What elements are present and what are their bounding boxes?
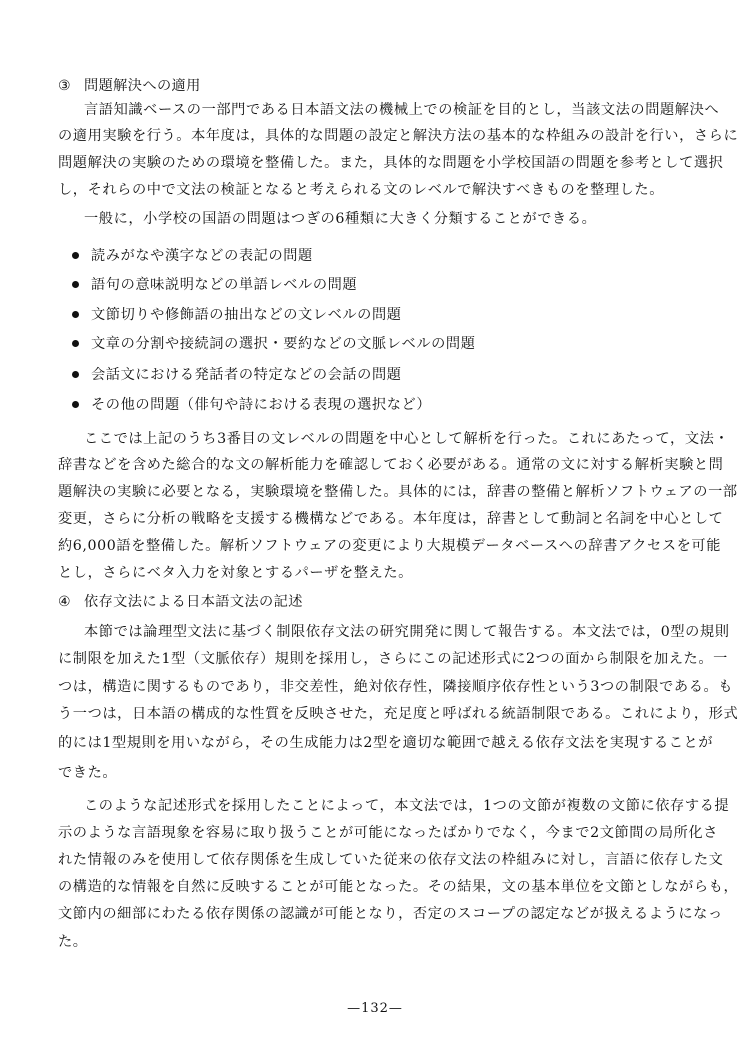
paragraph-line: つは，構造に関するものであり，非交差性，絶対依存性，隣接順序依存性という3つの制… bbox=[58, 678, 690, 696]
page-number: —132— bbox=[0, 1001, 750, 1016]
section-4-title: 依存文法による日本語文法の記述 bbox=[84, 594, 303, 610]
paragraph-line: に制限を加えた1型（文脈依存）規則を採用し，さらにこの記述形式に2つの面から制限… bbox=[58, 650, 690, 668]
list-item: 読みがなや漢字などの表記の問題 bbox=[72, 247, 313, 265]
paragraph-line: の構造的な情報を自然に反映することが可能となった。その結果，文の基本単位を文節と… bbox=[58, 878, 690, 896]
list-item: 会話文における発話者の特定などの会話の問題 bbox=[72, 366, 402, 384]
paragraph-line: とし，さらにベタ入力を対象とするパーザを整えた。 bbox=[58, 564, 690, 582]
list-item: その他の問題（俳句や詩における表現の選択など） bbox=[72, 396, 431, 414]
bullet-icon bbox=[72, 311, 79, 318]
bullet-icon bbox=[72, 281, 79, 288]
list-item: 文章の分割や接続詞の選択・要約などの文脈レベルの問題 bbox=[72, 335, 475, 353]
paragraph-line: た。 bbox=[58, 933, 690, 951]
paragraph-line: 問題解決の実験のための環境を整備した。また，具体的な問題を小学校国語の問題を参考… bbox=[58, 154, 690, 172]
list-item: 文節切りや修飾語の抽出などの文レベルの問題 bbox=[72, 306, 402, 324]
paragraph-line: ここでは上記のうち3番目の文レベルの問題を中心として解析を行った。これにあたって… bbox=[84, 430, 690, 448]
bullet-icon bbox=[72, 371, 79, 378]
section-4-heading: ④依存文法による日本語文法の記述 bbox=[58, 593, 303, 611]
paragraph-line: 示のような言語現象を容易に取り扱うことが可能になったばかりでなく，今まで2文節間… bbox=[58, 824, 690, 842]
paragraph-line: 言語知識ベースの一部門である日本語文法の機械上での検証を目的とし，当該文法の問題… bbox=[84, 101, 690, 119]
paragraph-line: の適用実験を行う。本年度は，具体的な問題の設定と解決方法の基本的な枠組みの設計を… bbox=[58, 127, 690, 145]
section-3-number: ③ bbox=[58, 77, 84, 95]
paragraph-line: 変更，さらに分析の戦略を支援する機構などである。本年度は，辞書として動詞と名詞を… bbox=[58, 510, 690, 528]
section-3-heading: ③問題解決への適用 bbox=[58, 77, 201, 95]
paragraph-line: 約6,000語を整備した。解析ソフトウェアの変更により大規模データベースへの辞書… bbox=[58, 537, 690, 555]
paragraph-line: できた。 bbox=[58, 764, 690, 782]
paragraph-line: れた情報のみを使用して依存関係を生成していた従来の依存文法の枠組みに対し，言語に… bbox=[58, 851, 690, 869]
section-4-number: ④ bbox=[58, 593, 84, 611]
paragraph-line: このような記述形式を採用したことによって，本文法では，1つの文節が複数の文節に依… bbox=[84, 797, 690, 815]
paragraph-line: し，それらの中で文法の検証となると考えられる文のレベルで解決すべきものを整理した… bbox=[58, 181, 690, 199]
bullet-icon bbox=[72, 401, 79, 408]
paragraph-line: 一般に，小学校の国語の問題はつぎの6種類に大きく分類することができる。 bbox=[84, 210, 690, 228]
list-item: 語句の意味説明などの単語レベルの問題 bbox=[72, 276, 357, 294]
bullet-icon bbox=[72, 252, 79, 259]
bullet-icon bbox=[72, 340, 79, 347]
paragraph-line: 題解決の実験に必要となる，実験環境を整備した。具体的には，辞書の整備と解析ソフト… bbox=[58, 483, 690, 501]
section-3-title: 問題解決への適用 bbox=[84, 78, 201, 94]
paragraph-line: 本節では論理型文法に基づく制限依存文法の研究開発に関して報告する。本文法では，0… bbox=[84, 623, 690, 641]
paragraph-line: 的には1型規則を用いながら，その生成能力は2型を適切な範囲で越える依存文法を実現… bbox=[58, 734, 690, 752]
paragraph-line: う一つは，日本語の構成的な性質を反映させた，充足度と呼ばれる統語制限である。これ… bbox=[58, 705, 690, 723]
paragraph-line: 辞書などを含めた総合的な文の解析能力を確認しておく必要がある。通常の文に対する解… bbox=[58, 456, 690, 474]
paragraph-line: 文節内の細部にわたる依存関係の認識が可能となり，否定のスコープの認定などが扱える… bbox=[58, 905, 690, 923]
